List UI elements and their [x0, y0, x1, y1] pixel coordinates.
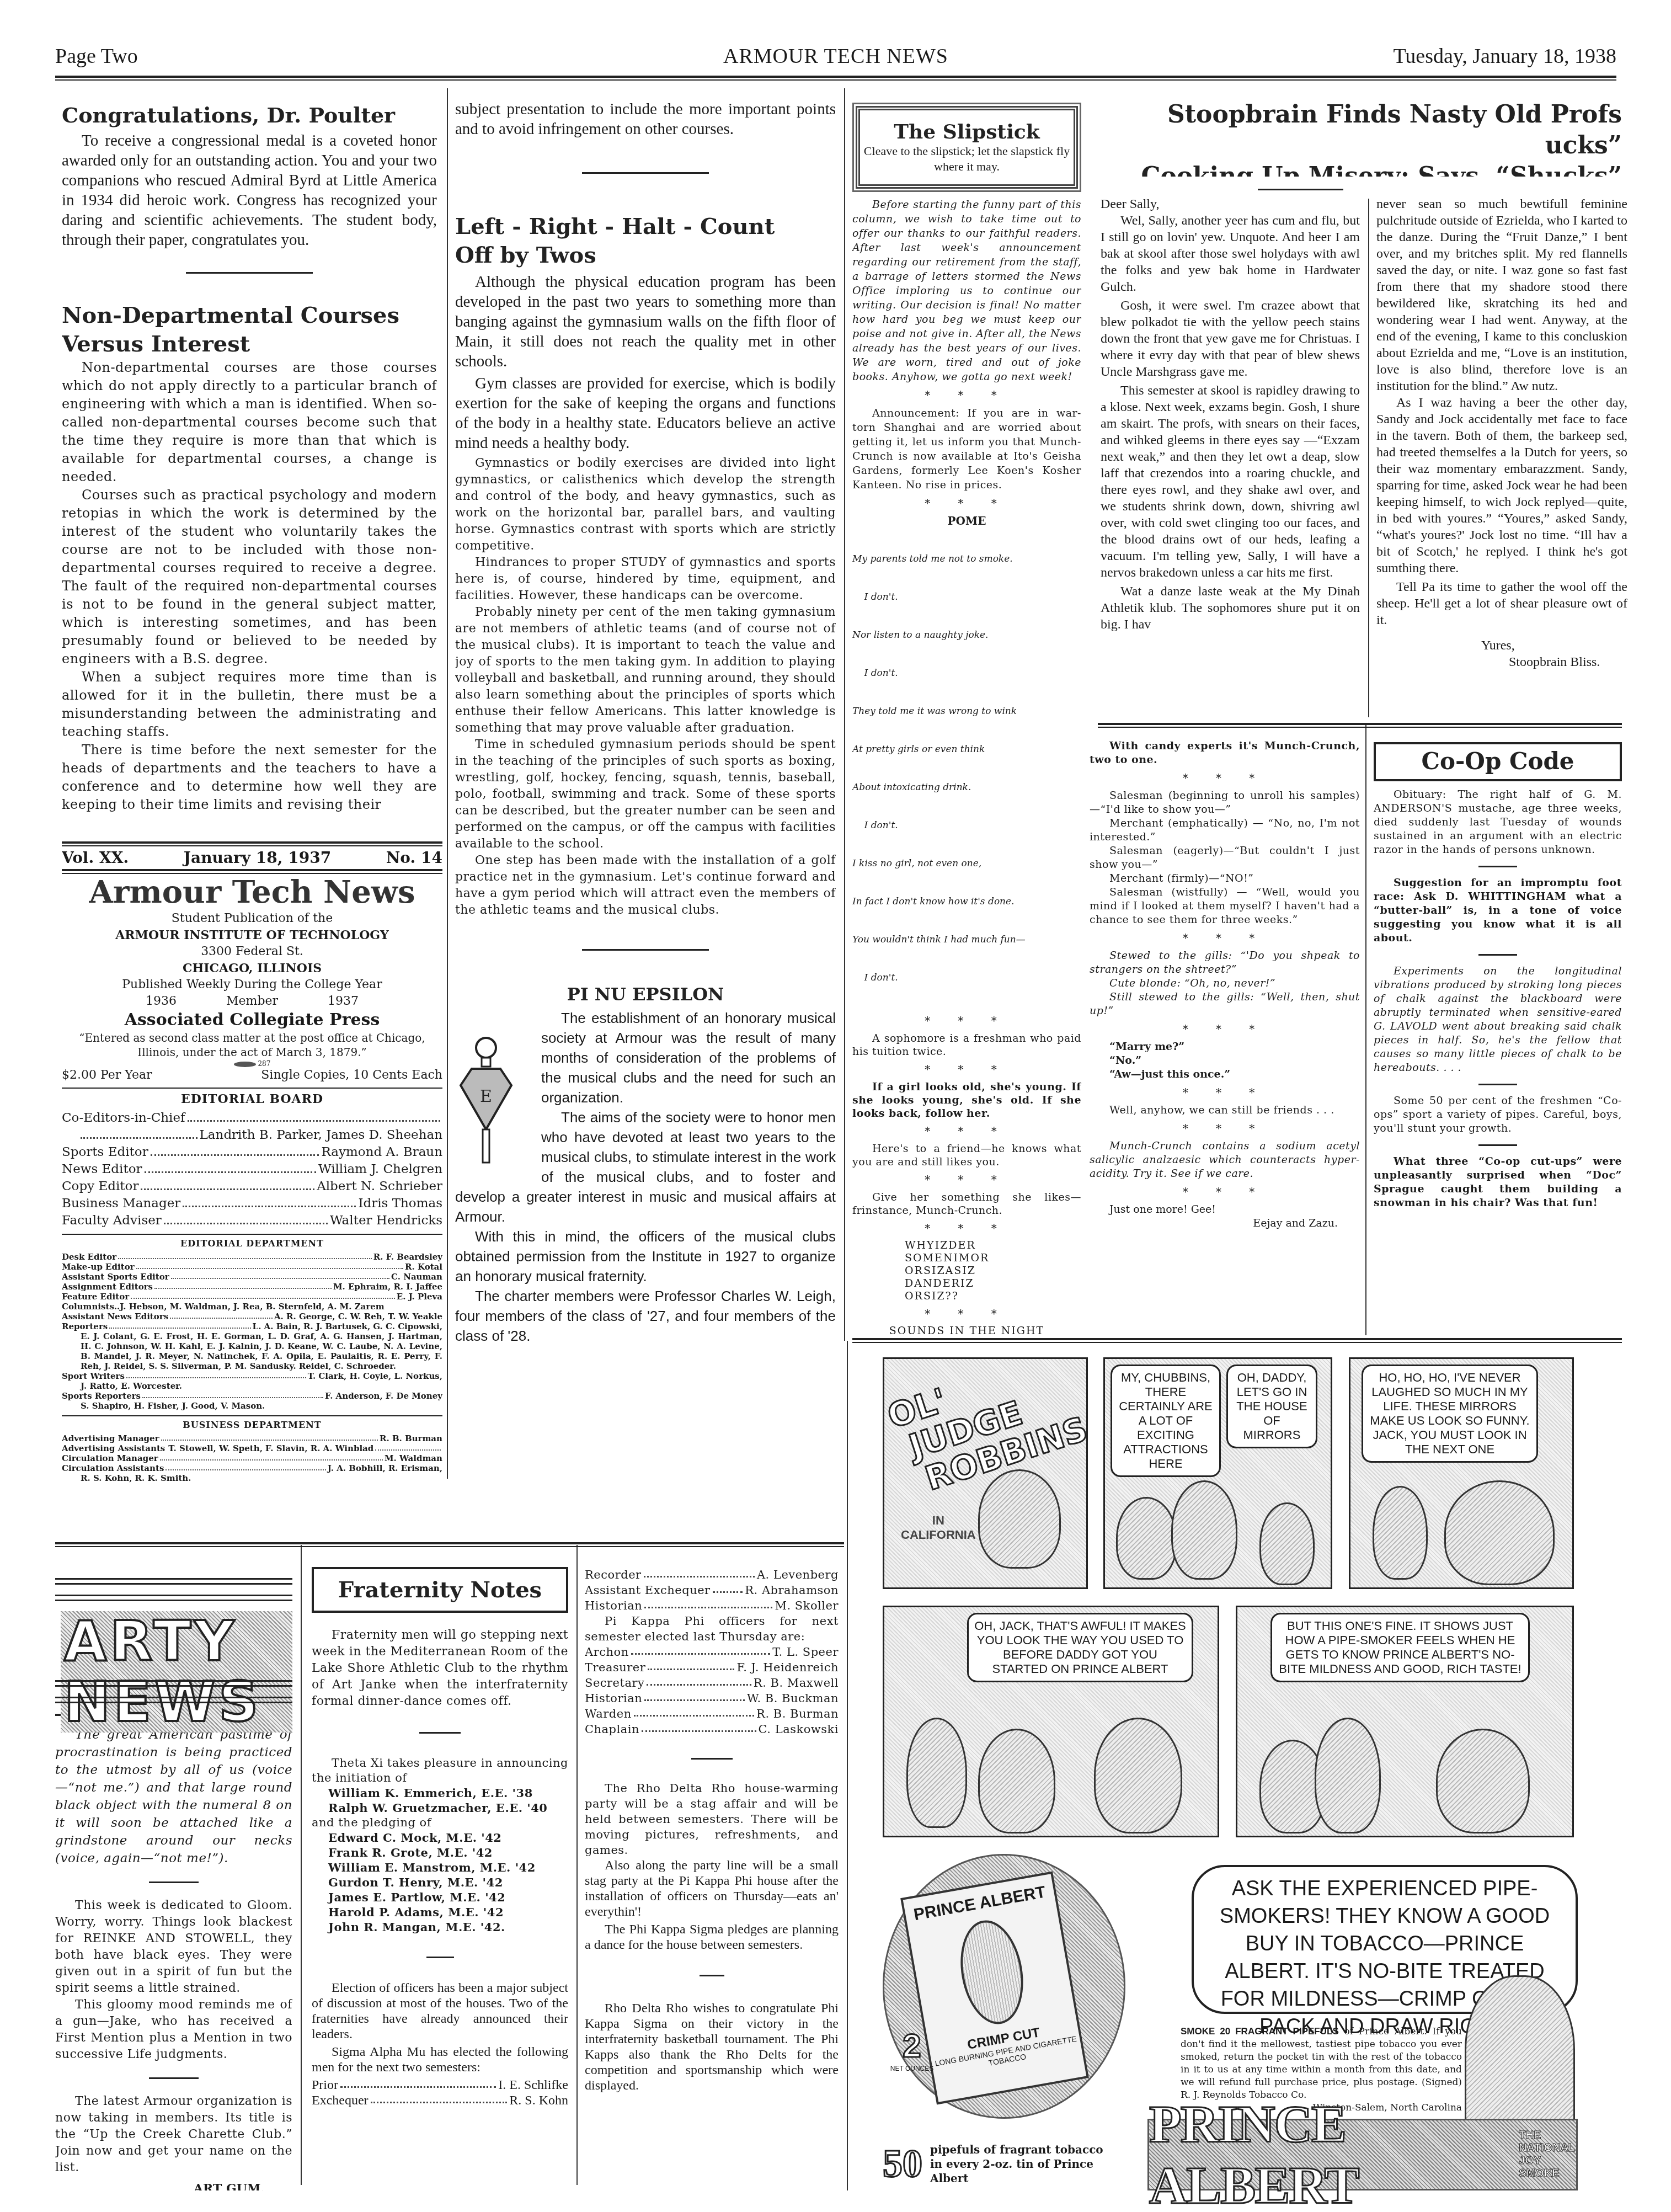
- comic-subtitle-line: CALIFORNIA: [901, 1528, 976, 1542]
- staff-row: Assignment EditorsM. Ephraim, R. I. Jaff…: [62, 1282, 442, 1292]
- staff-name: R. B. Burman: [380, 1433, 442, 1443]
- officer-name: R. B. Burman: [756, 1706, 839, 1721]
- fifty-pipefuls: 50 pipefuls of fragrant tobacco in every…: [883, 2141, 1118, 2187]
- pi-nu-epsilon-body: E The establishment of an honorary music…: [455, 1008, 836, 1346]
- officer-name: R. S. Kohn: [509, 2093, 568, 2108]
- issue-number: No. 14: [386, 849, 442, 867]
- pledge-name: Gurdon T. Henry, M.E. '42: [312, 1875, 568, 1890]
- leader-dots: [647, 1675, 751, 1686]
- paper-nameplate: Armour Tech News: [62, 874, 442, 910]
- comic-panel-1: OL' JUDGE ROBBINS IN CALIFORNIA: [883, 1357, 1088, 1589]
- column-divider: [847, 1341, 848, 2190]
- pome-line: In fact I don't know how it's done.: [852, 896, 1081, 908]
- puzzle-line: WHYIZDER: [905, 1239, 1081, 1252]
- staff-role: Circulation Assistants: [62, 1463, 164, 1473]
- leader-dots: [648, 1660, 734, 1670]
- reflection-figure-icon: [1373, 1486, 1428, 1580]
- editorial-paragraph: Non-departmental courses are those cours…: [62, 359, 437, 486]
- officer-name: A. Levenberg: [757, 1567, 839, 1582]
- sports-reporters-list: S. Shapiro, H. Fisher, J. Good, V. Mason…: [62, 1401, 442, 1411]
- slipstick-intro: Before starting the funny part of this c…: [852, 198, 1081, 384]
- arty-paragraph: This week is dedicated to Gloom. Worry, …: [55, 1897, 292, 1997]
- staff-row: ReportersL. A. Bain, R. J. Bartusek, G. …: [62, 1321, 442, 1331]
- dialogue-line: Merchant (emphatically) — “No, no, I'm n…: [1090, 817, 1360, 844]
- staff-row: News EditorWilliam J. Chelgren: [62, 1161, 442, 1178]
- slipstick-body: Announcement: If you are in war-torn Sha…: [852, 406, 1081, 492]
- gym-paragraph: Gym classes are provided for exercise, w…: [455, 374, 836, 453]
- leader-dots: [109, 1321, 250, 1329]
- fraternity-paragraph: Fraternity men will go stepping next wee…: [312, 1627, 568, 1710]
- comic-title: OL' JUDGE ROBBINS: [884, 1357, 1088, 1502]
- logo-stripe: [55, 1680, 292, 1687]
- member-year: 1937: [328, 993, 359, 1010]
- stoopbrain-headline: Cooking Up Misery; Says, “Shucks”: [1098, 161, 1622, 177]
- officer-row: ChaplainC. Laskowski: [585, 1721, 839, 1737]
- slipstick-paragraph: Well, anyhow, we can still be friends . …: [1090, 1104, 1360, 1117]
- brand-tagline: THE NATIONAL JOY SMOKE: [1519, 2129, 1576, 2180]
- staff-role: Faculty Adviser: [62, 1212, 162, 1229]
- letter-paragraph: Wat a danze laste weak at the My Dinah A…: [1101, 583, 1360, 633]
- issue-date: Tuesday, January 18, 1938: [1393, 44, 1616, 68]
- puzzle-line: ORSIZ??: [905, 1290, 1081, 1303]
- leader-dots: [644, 1691, 745, 1701]
- coop-paragraph: What three “Co-op cut-ups” were unpleasa…: [1374, 1155, 1622, 1210]
- staff-name: F. Anderson, F. De Money: [325, 1391, 442, 1401]
- officer-row: TreasurerF. J. Heidenreich: [585, 1660, 839, 1675]
- letter-paragraph: This semester at skool is rapidley drawi…: [1101, 382, 1360, 581]
- officer-row: PriorI. E. Schlifke: [312, 2077, 568, 2093]
- section-rule: [186, 272, 313, 274]
- section-rule: [1258, 189, 1343, 190]
- slipstick-signature: Eejay and Zazu.: [1090, 1217, 1360, 1230]
- business-dept-title: BUSINESS DEPARTMENT: [62, 1420, 442, 1430]
- editorial-paragraph: There is time before the next semester f…: [62, 741, 437, 814]
- pledging-intro: and the pledging of: [312, 1815, 568, 1830]
- fraternity-paragraph: The Phi Kappa Sigma pledges are planning…: [585, 1922, 839, 1953]
- man-figure-icon: [906, 1718, 967, 1828]
- fraternity-body: Rho Delta Rho wishes to congratulate Phi…: [585, 2001, 839, 2093]
- business-cont: R. S. Kohn, R. K. Smith.: [62, 1473, 442, 1483]
- letter-paragraph: Tell Pa its time to gather the wool off …: [1376, 579, 1627, 628]
- leader-dots: [142, 1391, 323, 1398]
- couple-figure-icon: [1444, 1480, 1555, 1585]
- rule: [62, 1234, 442, 1235]
- officer-row: SecretaryR. B. Maxwell: [585, 1675, 839, 1691]
- column-divider: [447, 88, 448, 1479]
- staff-role: Circulation Manager: [62, 1453, 158, 1463]
- arty-signature: ART GUM.: [55, 2182, 292, 2190]
- slipstick-paragraph: Here's to a friend—he knows what you are…: [852, 1142, 1081, 1169]
- officer-role: Chaplain: [585, 1721, 639, 1737]
- pub-line: Student Publication of the: [62, 910, 442, 927]
- officer-name: R. B. Maxwell: [754, 1675, 839, 1691]
- arty-paragraph: The latest Armour organization is now ta…: [55, 2093, 292, 2176]
- slipstick-body: Here's to a friend—he knows what you are…: [852, 1142, 1081, 1169]
- pi-paragraph: The charter members were Professor Charl…: [455, 1286, 836, 1346]
- separator-stars: * * *: [852, 497, 1081, 510]
- leader-dots: [118, 1252, 372, 1259]
- volume-number: Vol. XX.: [62, 849, 129, 867]
- arty-news-logo-text: ARTY NEWS: [61, 1611, 292, 1733]
- fifty-number: 50: [883, 2141, 922, 2187]
- yearly-price: $2.00 Per Year: [62, 1068, 152, 1082]
- stoopbrain-headline: Stoopbrain Finds Nasty Old Profs ucks”: [1098, 99, 1622, 161]
- slipstick-closing: Just one more! Gee!: [1090, 1203, 1360, 1217]
- staff-role: Advertising Assistants: [62, 1443, 165, 1453]
- girl-figure-icon: [1259, 1502, 1315, 1585]
- stoopbrain-headline-block: Stoopbrain Finds Nasty Old Profs ucks” C…: [1098, 99, 1622, 177]
- pome-line: About intoxicating drink.: [852, 781, 1081, 794]
- slipstick-paragraph: A sophomore is a freshman who paid his t…: [852, 1032, 1081, 1058]
- dialogue-line: Cute blonde: “Oh, no, never!”: [1090, 977, 1360, 990]
- pledge-name: Frank R. Grote, M.E. '42: [312, 1845, 568, 1860]
- continued-text: subject presentation to include the more…: [455, 99, 836, 139]
- arty-body: This week is dedicated to Gloom. Worry, …: [55, 1897, 292, 2063]
- pome-line: At pretty girls or even think: [852, 743, 1081, 756]
- slipstick-paragraph: Munch-Crunch contains a sodium acetyl sa…: [1090, 1139, 1360, 1181]
- speech-bubble: Ho, ho, ho, I've never laughed so much i…: [1362, 1364, 1538, 1463]
- dialogue-line: “Marry me?”: [1109, 1040, 1360, 1054]
- stewed-dialogue: Stewed to the gills: “'Do you shpeak to …: [1090, 949, 1360, 1018]
- staff-role: Sports Reporters: [62, 1391, 141, 1401]
- dialogue-line: Salesman (eagerly)—“But couldn't I just …: [1090, 844, 1360, 872]
- masthead-rule: [55, 76, 1616, 81]
- comic-subtitle: IN CALIFORNIA: [901, 1513, 976, 1542]
- officer-role: Treasurer: [585, 1660, 645, 1675]
- logo-stripe: [55, 1697, 292, 1703]
- gym-column: subject presentation to include the more…: [455, 99, 836, 1479]
- staff-name: M. Waldman: [385, 1453, 442, 1463]
- separator-stars: * * *: [1090, 931, 1360, 945]
- column-divider: [1368, 199, 1369, 717]
- separator-stars: * * *: [1090, 1185, 1360, 1198]
- union-label-icon: [234, 1062, 256, 1067]
- gym-paragraph: Probably ninety per cent of the men taki…: [455, 604, 836, 737]
- judge-figure-icon: [1436, 1729, 1530, 1833]
- officer-row: HistorianM. Skoller: [585, 1598, 839, 1613]
- pub-line: CHICAGO, ILLINOIS: [62, 960, 442, 977]
- pledge-name: James E. Partlow, M.E. '42: [312, 1890, 568, 1905]
- leader-dots: [145, 1161, 316, 1173]
- comic-panel-5: But this one's fine. It shows just how a…: [1236, 1606, 1574, 1837]
- pome-line: I don't.: [852, 667, 1081, 680]
- officer-role: Secretary: [585, 1675, 644, 1691]
- fraternity-column-2: RecorderA. Levenberg Assistant Exchequer…: [585, 1567, 839, 2190]
- member-year: 1936: [146, 993, 177, 1010]
- editorial-headline: Non-Departmental Courses: [62, 301, 437, 330]
- editorial-paragraph: To receive a congressional medal is a co…: [62, 131, 437, 250]
- staff-name: A. R. George, C. W. Reh, T. W. Yeakle: [274, 1312, 442, 1321]
- officer-name: I. E. Schlifke: [498, 2077, 568, 2093]
- reporters-list: E. J. Colant, G. E. Frost, H. E. Gorman,…: [62, 1331, 442, 1371]
- staff-role: Sport Writers: [62, 1371, 125, 1381]
- dialogue-line: Still stewed to the gills: “Well, then, …: [1090, 990, 1360, 1018]
- fraternity-paragraph: Theta Xi takes pleasure in announcing th…: [312, 1756, 568, 1785]
- offer-lead: SMOKE 20 FRAGRANT PIPEFULS: [1181, 2026, 1339, 2037]
- rule: [62, 841, 442, 846]
- initiate-name: Ralph W. Gruetzmacher, E.E. '40: [312, 1800, 568, 1815]
- separator-stars: * * *: [1090, 1086, 1360, 1099]
- fraternity-body: Also along the party line will be a smal…: [585, 1858, 839, 1953]
- fraternity-paragraph: Election of officers has been a major su…: [312, 1980, 568, 2042]
- pome-body: My parents told me not to smoke. I don't…: [852, 527, 1081, 1010]
- column-divider: [1365, 723, 1366, 1335]
- coop-paragraph: Suggestion for an impromptu foot race: A…: [1374, 876, 1622, 945]
- letter-paragraph: Wel, Sally, another yeer has cum and flu…: [1101, 212, 1360, 295]
- leader-dots: [154, 1282, 332, 1289]
- dialogue-line: Salesman (wistfully) — “Well, would you …: [1090, 886, 1360, 927]
- leader-dots: [188, 1110, 440, 1122]
- staff-row: Sport WritersT. Clark, H. Coyle, L. Nork…: [62, 1371, 442, 1381]
- single-price: Single Copies, 10 Cents Each: [261, 1068, 442, 1082]
- staff-name: L. A. Bain, R. J. Bartusek, G. C. Cipows…: [253, 1321, 442, 1331]
- reflection-figure-icon: [1094, 1718, 1182, 1833]
- dialogue-line: “No.”: [1109, 1054, 1360, 1068]
- staff-role: Reporters: [62, 1321, 108, 1331]
- slipstick-paragraph: If a girl looks old, she's young. If she…: [852, 1080, 1081, 1120]
- coop-body: Some 50 per cent of the freshmen “Co-ops…: [1374, 1094, 1622, 1136]
- editorial-column: Congratulations, Dr. Poulter To receive …: [62, 99, 437, 921]
- coop-body: Suggestion for an impromptu foot race: A…: [1374, 876, 1622, 945]
- officer-row: HistorianW. B. Buckman: [585, 1691, 839, 1706]
- section-rule: [582, 172, 709, 174]
- tin-size: 2: [890, 2027, 934, 2065]
- staff-role: Business Manager: [62, 1195, 180, 1212]
- entry-notice: “Entered as second class matter at the p…: [62, 1031, 442, 1059]
- pub-line: 3300 Federal St.: [62, 944, 442, 960]
- leader-dots: [371, 2093, 508, 2103]
- section-rule: [691, 1758, 733, 1760]
- staff-row: Copy EditorAlbert N. Schrieber: [62, 1178, 442, 1195]
- fraternity-body: The Rho Delta Rho house-warming party wi…: [585, 1781, 839, 1858]
- pome-line: They told me it was wrong to wink: [852, 705, 1081, 718]
- officer-role: Exchequer: [312, 2093, 369, 2108]
- officer-name: F. J. Heidenreich: [736, 1660, 839, 1675]
- comic-panel-2: My, Chubbins, there certainly are a lot …: [1103, 1357, 1332, 1589]
- leader-dots: [141, 1178, 314, 1190]
- slipstick-body: If a girl looks old, she's young. If she…: [852, 1080, 1081, 1120]
- leader-dots: [170, 1312, 273, 1319]
- staff-name: J. A. Bobhill, R. Erisman,: [328, 1463, 442, 1473]
- tin-label: PRINCE ALBERT: [904, 1881, 1055, 1926]
- slipstick-title-box: The Slipstick Cleave to the slipstick; l…: [856, 106, 1078, 189]
- staff-row: Feature EditorE. J. Pleva: [62, 1292, 442, 1302]
- officer-role: Recorder: [585, 1567, 642, 1582]
- staff-role: Sports Editor: [62, 1144, 148, 1161]
- leader-dots: [160, 1453, 383, 1461]
- editorial-headline: Congratulations, Dr. Poulter: [62, 103, 437, 127]
- section-rule: [426, 1957, 454, 1958]
- fraternity-column-1: Fraternity Notes Fraternity men will go …: [312, 1567, 568, 2190]
- arty-body: The latest Armour organization is now ta…: [55, 2093, 292, 2176]
- section-rule: [1478, 954, 1517, 956]
- fraternity-paragraph: Rho Delta Rho wishes to congratulate Phi…: [585, 2001, 839, 2093]
- coop-body: Obituary: The right half of G. M. ANDERS…: [1374, 788, 1622, 857]
- staff-role: Assistant Sports Editor: [62, 1272, 169, 1282]
- staff-row: Landrith B. Parker, James D. Sheehan: [62, 1127, 442, 1144]
- price-line: $2.00 Per Year Single Copies, 10 Cents E…: [62, 1068, 442, 1082]
- fraternity-body: Election of officers has been a major su…: [312, 1980, 568, 2075]
- dialogue-line: Merchant (firmly)—“NO!”: [1090, 872, 1360, 886]
- staff-row: Faculty AdviserWalter Hendricks: [62, 1212, 442, 1229]
- svg-text:E: E: [480, 1087, 492, 1106]
- stoopbrain-col-1: Deer Sally, Wel, Sally, another yeer has…: [1101, 196, 1360, 720]
- slipstick-cont-column: With candy experts it's Munch-Crunch, tw…: [1090, 739, 1360, 1335]
- member-line: 1936 Member 1937: [62, 993, 442, 1010]
- staff-name: M. Ephraim, R. I. Jaffee: [333, 1282, 442, 1292]
- section-rule: [1478, 866, 1517, 867]
- coop-title-box: Co-Op Code: [1374, 742, 1622, 781]
- fraternity-notes-title-box: Fraternity Notes: [312, 1567, 568, 1613]
- initiate-name: William K. Emmerich, E.E. '38: [312, 1785, 568, 1800]
- letter-signature: Stoopbrain Bliss.: [1376, 654, 1627, 670]
- boy-figure-icon: [1116, 1497, 1177, 1580]
- gym-body: Gymnastics or bodily exercises are divid…: [455, 455, 836, 919]
- staff-role: Assistant News Editors: [62, 1312, 168, 1321]
- staff-row: Circulation AssistantsJ. A. Bobhill, R. …: [62, 1463, 442, 1473]
- slipstick-paragraph: With candy experts it's Munch-Crunch, tw…: [1090, 739, 1360, 767]
- staff-name: Raymond A. Braun: [321, 1144, 442, 1161]
- rule: [62, 1088, 442, 1089]
- separator-stars: * * *: [852, 1307, 1081, 1320]
- logo-stripe: [55, 1595, 292, 1601]
- fraternity-paragraph: Pi Kappa Phi officers for next semester …: [585, 1613, 839, 1644]
- speech-bubble: Oh, Daddy, let's go in the house of mirr…: [1226, 1364, 1317, 1448]
- leader-dots: [713, 1582, 743, 1593]
- separator-stars: * * *: [1090, 771, 1360, 785]
- arty-paragraph: This gloomy mood reminds me of a gun—Jak…: [55, 1997, 292, 2063]
- staff-name: William J. Chelgren: [318, 1161, 442, 1178]
- pome-line: My parents told me not to smoke.: [852, 553, 1081, 566]
- staff-row: Circulation ManagerM. Waldman: [62, 1453, 442, 1463]
- letter-paragraph: never sean so much bewtifull feminine pu…: [1376, 196, 1627, 395]
- editorial-headline: Versus Interest: [62, 330, 437, 359]
- gym-paragraph: Gymnastics or bodily exercises are divid…: [455, 455, 836, 555]
- leader-dots: [166, 1463, 325, 1470]
- officer-row: ArchonT. L. Speer: [585, 1644, 839, 1660]
- officer-row: RecorderA. Levenberg: [585, 1567, 839, 1582]
- member-label: Member: [226, 993, 278, 1010]
- gym-paragraph: Although the physical education program …: [455, 272, 836, 371]
- separator-stars: * * *: [852, 1222, 1081, 1235]
- leader-dots: [171, 1272, 389, 1279]
- speech-bubble: Oh, Jack, that's awful! It makes you loo…: [967, 1613, 1193, 1682]
- officer-role: Historian: [585, 1598, 642, 1613]
- letter-closing: Yures,: [1376, 637, 1627, 654]
- leader-dots: [164, 1212, 328, 1224]
- editorial-paragraph: Courses such as practical psychology and…: [62, 486, 437, 668]
- dialogue-line: Salesman (beginning to unroll his sample…: [1090, 789, 1360, 817]
- salesman-dialogue: Salesman (beginning to unroll his sample…: [1090, 789, 1360, 927]
- pome-line: Nor listen to a naughty joke.: [852, 629, 1081, 642]
- staff-row: Assistant News EditorsA. R. George, C. W…: [62, 1312, 442, 1321]
- volume-line: Vol. XX. January 18, 1937 No. 14: [62, 846, 442, 869]
- slipstick-motto: Cleave to the slipstick; let the slapsti…: [863, 143, 1070, 174]
- staff-role: News Editor: [62, 1161, 142, 1178]
- leader-dots: [631, 1644, 771, 1655]
- staff-row: Advertising ManagerR. B. Burman: [62, 1433, 442, 1443]
- puzzle-line: ORSIZASIZ: [905, 1265, 1081, 1277]
- judge-figure-icon: [978, 1469, 1061, 1569]
- slipstick-paragraph: Announcement: If you are in war-torn Sha…: [852, 406, 1081, 492]
- coop-code-column: Co-Op Code Obituary: The right half of G…: [1374, 742, 1622, 1335]
- section-rule: [852, 1338, 1622, 1343]
- editorial-dept-title: EDITORIAL DEPARTMENT: [62, 1238, 442, 1249]
- leader-dots: [81, 1127, 197, 1139]
- leader-dots: [375, 1443, 441, 1451]
- staff-row: Sports EditorRaymond A. Braun: [62, 1144, 442, 1161]
- staff-name: Walter Hendricks: [330, 1212, 442, 1229]
- tin-size-badge: 2 NET OUNCES: [890, 2027, 934, 2072]
- pi-nu-epsilon-headline: PI NU EPSILON: [455, 984, 836, 1005]
- staff-name: T. Clark, H. Coyle, L. Norkus,: [308, 1371, 442, 1381]
- staff-role: Assignment Editors: [62, 1282, 153, 1292]
- leader-dots: [126, 1371, 306, 1378]
- staff-name: Idris Thomas: [358, 1195, 442, 1212]
- pledge-name: Harold P. Adams, M.E. '42: [312, 1905, 568, 1920]
- pub-line: ARMOUR INSTITUTE OF TECHNOLOGY: [62, 927, 442, 944]
- editorial-body: To receive a congressional medal is a co…: [62, 131, 437, 250]
- column-divider: [301, 1545, 302, 2185]
- gym-paragraph: One step has been made with the installa…: [455, 852, 836, 919]
- leader-dots: [340, 2077, 496, 2088]
- officer-role: Archon: [585, 1644, 629, 1660]
- staff-name: R. Kotal: [405, 1262, 442, 1272]
- section-rule: [582, 949, 709, 951]
- staff-row: Desk EditorR. F. Beardsley: [62, 1252, 442, 1262]
- coop-body: What three “Co-op cut-ups” were unpleasa…: [1374, 1155, 1622, 1210]
- fraternity-body: Fraternity men will go stepping next wee…: [312, 1627, 568, 1710]
- columnists-line: Columnists..J. Hebson, M. Waldman, J. Re…: [62, 1302, 442, 1312]
- gym-headline: Off by Twos: [455, 241, 836, 270]
- slipstick-body: Munch-Crunch contains a sodium acetyl sa…: [1090, 1139, 1360, 1181]
- pledge-name: John R. Mangan, M.E. '42.: [312, 1920, 568, 1934]
- officer-name: R. Abrahamson: [745, 1582, 839, 1598]
- staff-row: Co-Editors-in-Chief: [62, 1110, 442, 1127]
- speech-bubble: But this one's fine. It shows just how a…: [1270, 1613, 1530, 1682]
- slipstick-paragraph: Give her something she likes—frinstance,…: [852, 1191, 1081, 1217]
- brand-name: PRINCE ALBERT: [1149, 2093, 1508, 2212]
- letter-paragraph: As I waz having a beer the other day, Sa…: [1376, 395, 1627, 577]
- union-label-number: 287: [258, 1060, 270, 1068]
- leader-dots: [136, 1262, 403, 1269]
- coop-paragraph: Some 50 per cent of the freshmen “Co-ops…: [1374, 1094, 1622, 1136]
- staff-box: Vol. XX. January 18, 1937 No. 14 Armour …: [62, 841, 442, 1531]
- marry-dialogue: “Marry me?” “No.” “Aw—just this once.”: [1090, 1040, 1360, 1081]
- staff-name: E. J. Pleva: [397, 1292, 442, 1302]
- union-label: 287: [62, 1059, 442, 1068]
- leader-dots: [642, 1721, 756, 1732]
- coop-title: Co-Op Code: [1422, 748, 1574, 775]
- gym-paragraph: Hindrances to proper STUDY of gymnastics…: [455, 555, 836, 604]
- arty-paragraph: The great American pastime of procrastin…: [55, 1726, 292, 1867]
- comic-subtitle-line: IN: [901, 1513, 976, 1528]
- officer-role: Warden: [585, 1706, 632, 1721]
- staff-name: T. Stowell, W. Speth, F. Slavin, R. A. W…: [168, 1443, 373, 1453]
- rule: [62, 869, 442, 874]
- logo-stripe: [55, 1578, 292, 1585]
- sounds-title: SOUNDS IN THE NIGHT: [852, 1325, 1081, 1335]
- officer-name: C. Laskowski: [759, 1721, 839, 1737]
- leader-dots: [131, 1292, 395, 1299]
- acp-logo: Associated Collegiate Press: [62, 1010, 442, 1031]
- staff-role: Co-Editors-in-Chief: [62, 1110, 185, 1127]
- pome-line: I don't.: [852, 591, 1081, 604]
- stoopbrain-col-2: never sean so much bewtifull feminine pu…: [1376, 196, 1627, 720]
- staff-row: Assistant Sports EditorC. Nauman: [62, 1272, 442, 1282]
- fraternity-paragraph: Also along the party line will be a smal…: [585, 1858, 839, 1920]
- coop-body: Experiments on the longitudinal vibratio…: [1374, 964, 1622, 1075]
